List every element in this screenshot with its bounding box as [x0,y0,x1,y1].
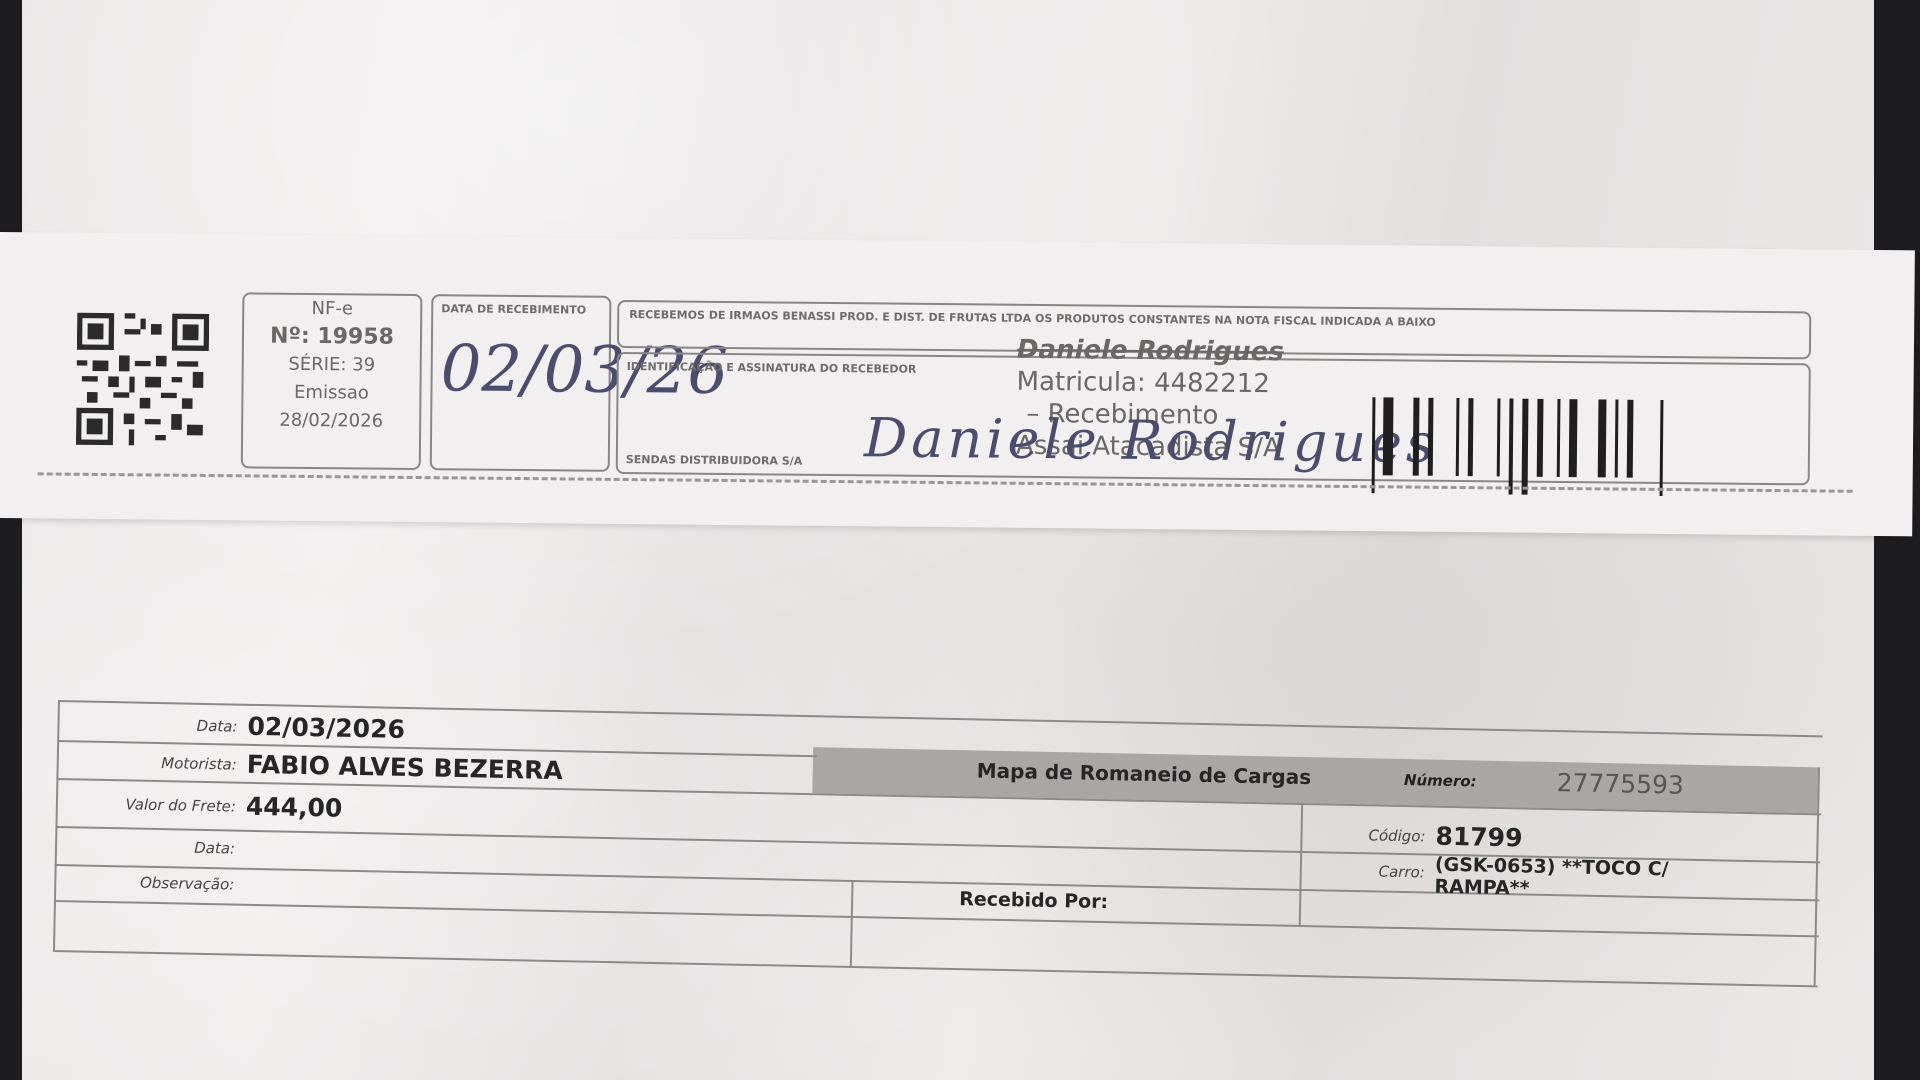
nfe-emissao-date: 28/02/2026 [243,406,419,436]
romaneio-form: Data: 02/03/2026 Motorista: FABIO ALVES … [53,700,1823,987]
stamp-name: Daniele Rodrigues [1017,334,1284,369]
frete-label: Valor do Frete: [56,794,236,816]
barcode-icon [1368,397,1779,499]
recebemos-text: RECEBEMOS DE IRMAOS BENASSI PROD. E DIST… [619,302,1809,338]
nfe-serie: SÉRIE: 39 [244,350,420,380]
codigo-label: Código: [1245,824,1425,846]
numero-value: 27775593 [1556,768,1684,800]
observacao-label: Observação: [54,872,234,894]
stamp-matricula: Matricula: 4482212 [1016,366,1283,401]
codigo-value: 81799 [1435,822,1523,853]
recebido-por-label: Recebido Por: [959,888,1108,913]
nfe-receipt-strip: NF-e Nº: 19958 SÉRIE: 39 Emissao 28/02/2… [0,232,1915,536]
nfe-info-box: NF-e Nº: 19958 SÉRIE: 39 Emissao 28/02/2… [241,292,423,470]
motorista-value: FABIO ALVES BEZERRA [246,750,563,785]
motorista-label: Motorista: [57,752,237,774]
carro-value: (GSK-0653) **TOCO C/ RAMPA** [1434,854,1735,904]
nfe-title: NF-e [244,294,420,324]
handwritten-signature: Daniele Rodrigues [864,406,1438,475]
qr-code-icon [76,311,209,448]
carro-label: Carro: [1245,860,1425,882]
numero-label: Número: [1356,770,1476,790]
nfe-number: Nº: 19958 [244,322,420,352]
data-label: Data: [57,714,237,736]
recipient-company: SENDAS DISTRIBUIDORA S/A [626,453,803,468]
paper-sheet: Data: 02/03/2026 Motorista: FABIO ALVES … [22,0,1874,1080]
nfe-emissao-label: Emissao [243,378,419,408]
receipt-date-label: DATA DE RECEBIMENTO [433,296,609,323]
data-value: 02/03/2026 [247,712,405,744]
frete-value: 444,00 [246,792,343,823]
data2-label: Data: [55,836,235,858]
